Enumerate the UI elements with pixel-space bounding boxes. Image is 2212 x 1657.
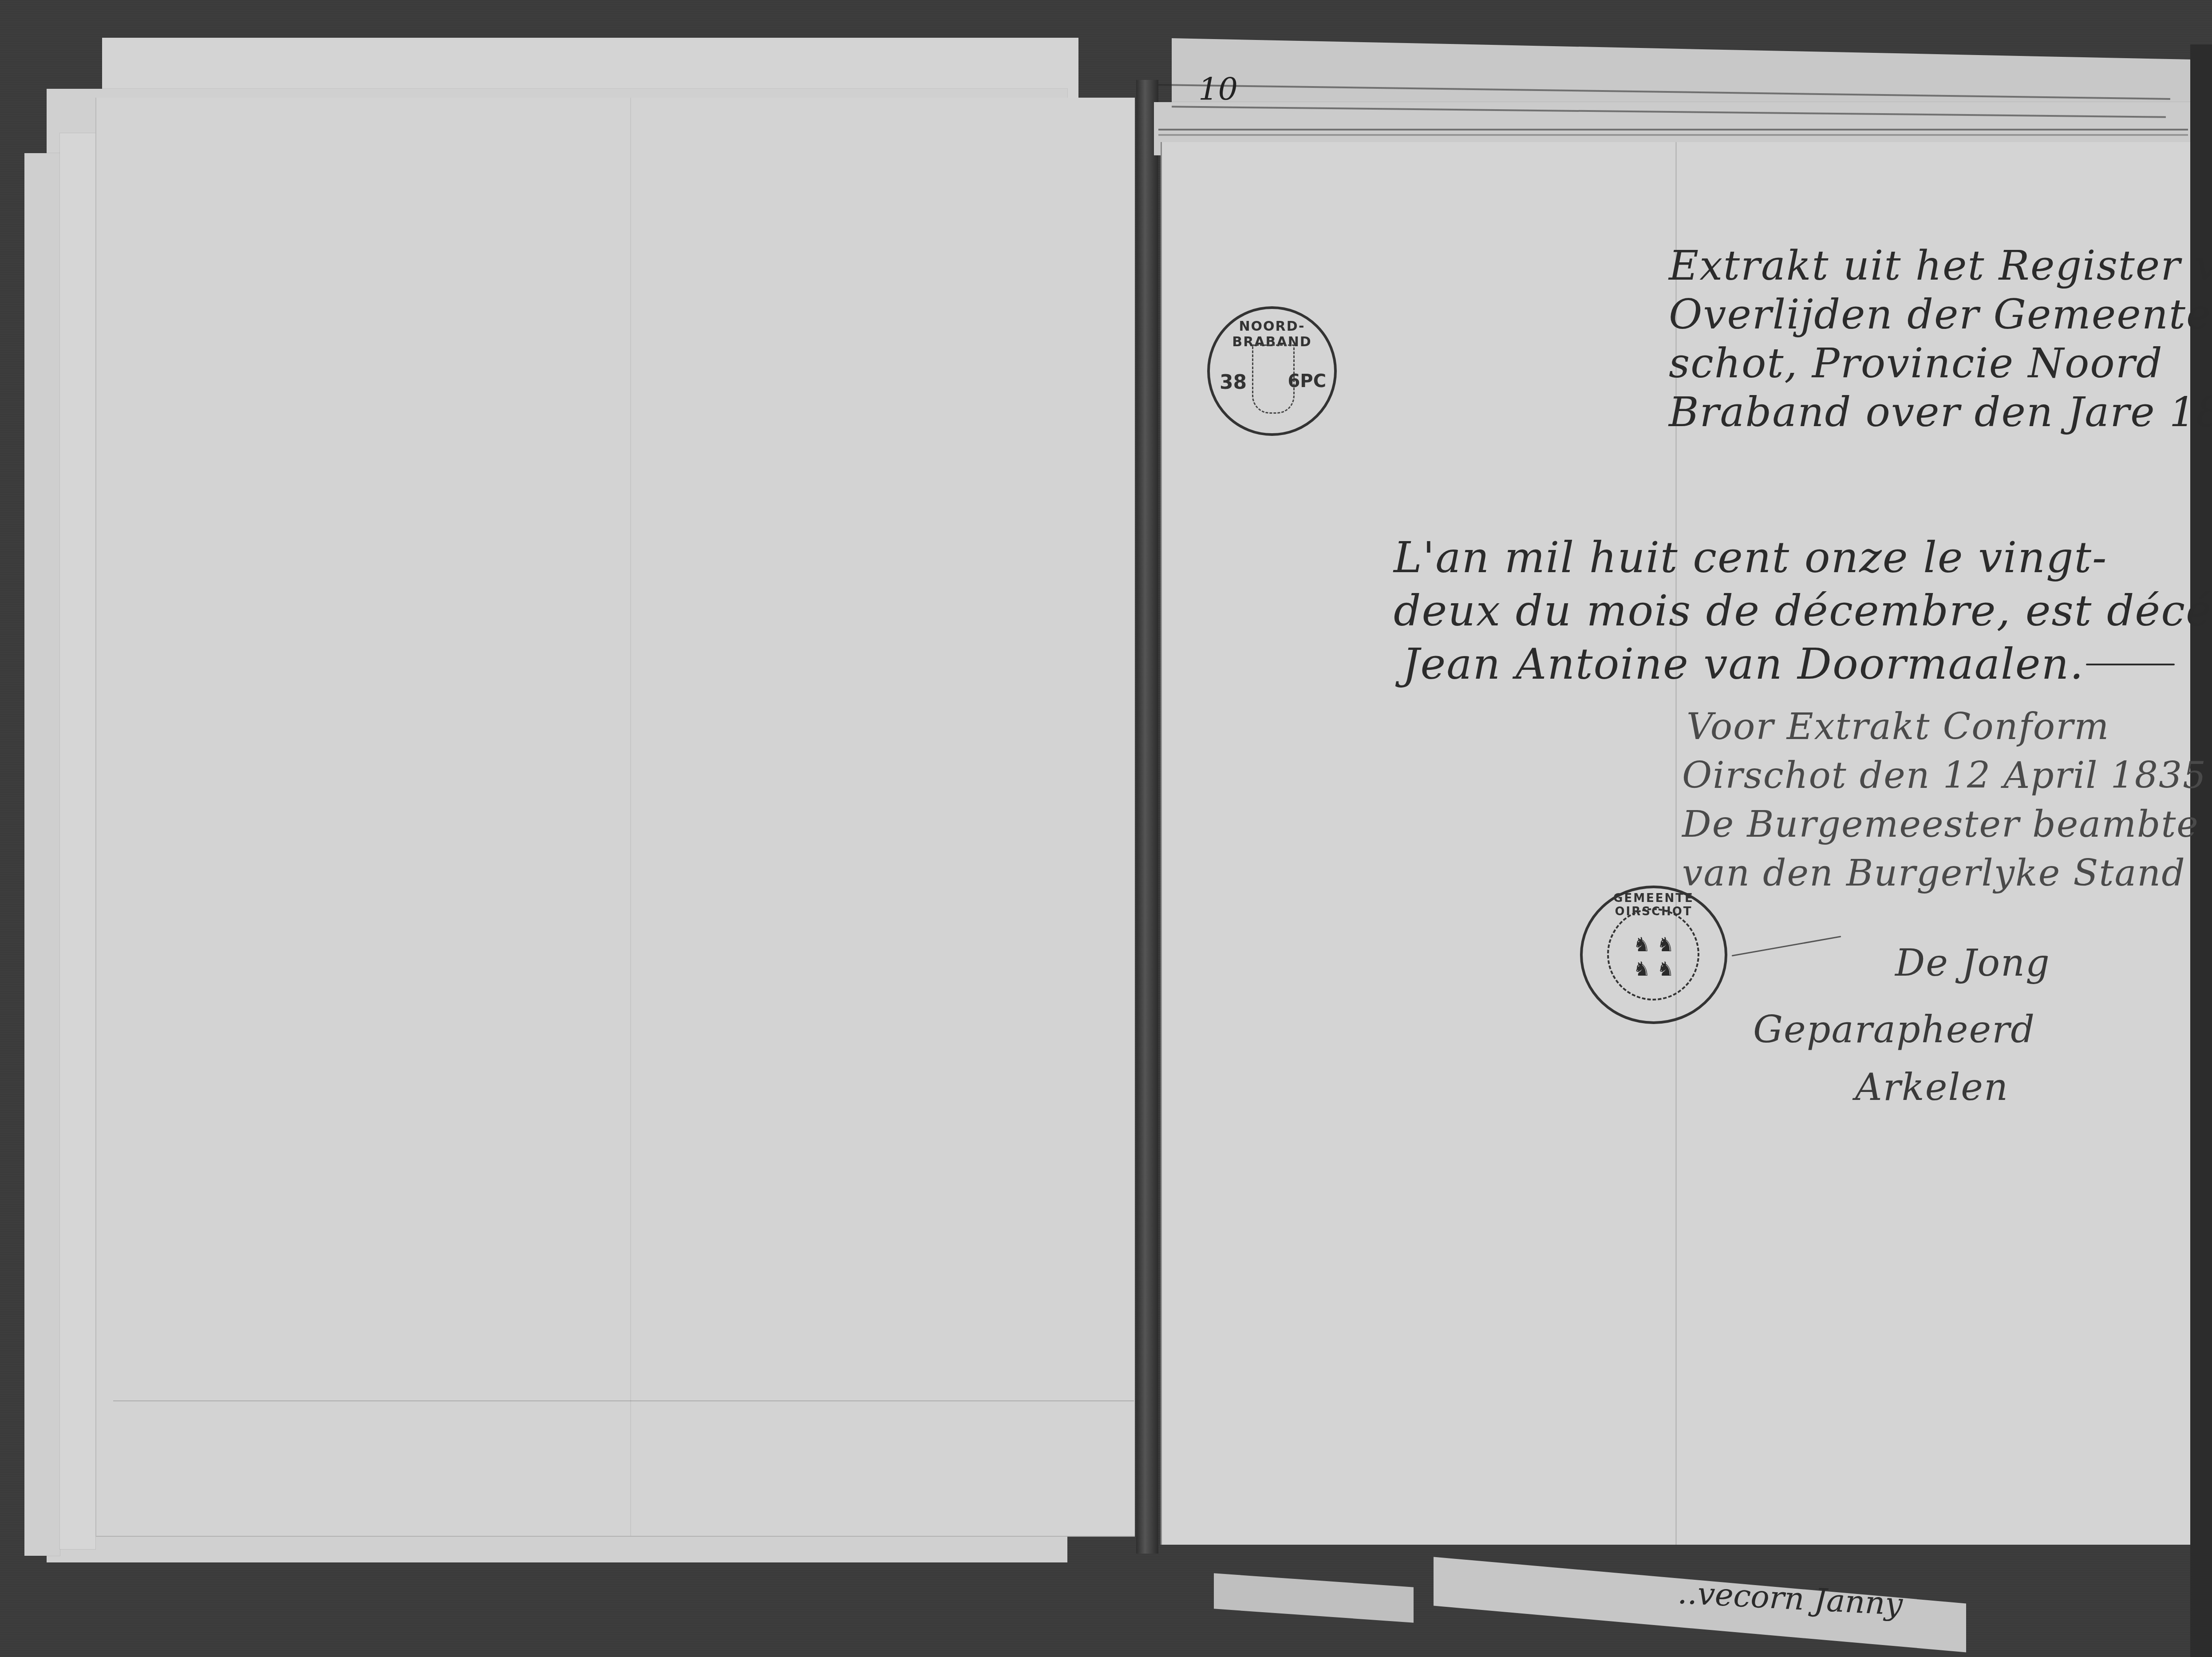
- certification-line-1: Voor Extrakt Conform: [1687, 706, 2109, 748]
- heading-line-3: schot, Provincie Noord: [1669, 340, 2163, 387]
- deceased-name-line: Jean Antoine van Doormaalen.: [1402, 639, 2084, 689]
- sheet-edge-line: [1158, 134, 2188, 136]
- line-flourish: [2086, 664, 2175, 665]
- heading-line-2: Overlijden der Gemeente Oir-: [1669, 291, 2212, 338]
- gemeente-oirschot-seal: GEMEENTE OIRSCHOT ♞ ♞ ♞ ♞: [1580, 886, 1727, 1024]
- noord-braband-tax-stamp: NOORD-BRABAND 38 6PC: [1207, 306, 1337, 436]
- certification-line-3: De Burgemeester beambte: [1682, 803, 2199, 846]
- left-stacked-sheet-edge: [60, 133, 95, 1549]
- body-line-2: deux du mois de décembre, est décédé: [1394, 586, 2212, 636]
- signature-de-jong: De Jong: [1895, 941, 2050, 985]
- left-page-blank: [95, 98, 1135, 1537]
- signature-arkelen: Arkelen: [1855, 1065, 2009, 1109]
- certification-line-4: van den Burgerlyke Stand: [1682, 852, 2186, 894]
- left-stacked-sheet-edge: [24, 153, 60, 1556]
- folio-number: 10: [1198, 71, 1238, 107]
- heading-line-1: Extrakt uit het Register van: [1669, 242, 2212, 289]
- certification-line-2: Oirschot den 12 April 1835: [1682, 755, 2207, 797]
- geparapheerd-label: Geparapheerd: [1753, 1008, 2035, 1051]
- four-lions-shield-icon: ♞ ♞ ♞ ♞: [1629, 933, 1678, 981]
- left-page-fold-line: [630, 98, 631, 1536]
- left-page-edge-line: [113, 1400, 1134, 1401]
- stamp-value-left: 38: [1220, 371, 1247, 394]
- stamp-value-right: 6PC: [1288, 371, 1326, 392]
- sheet-edge-line: [1158, 129, 2188, 131]
- book-spine: [1136, 80, 1158, 1554]
- body-line-1: L'an mil huit cent onze le vingt-: [1394, 533, 2107, 582]
- heading-line-4: Braband over den Jare 1811.: [1669, 388, 2212, 436]
